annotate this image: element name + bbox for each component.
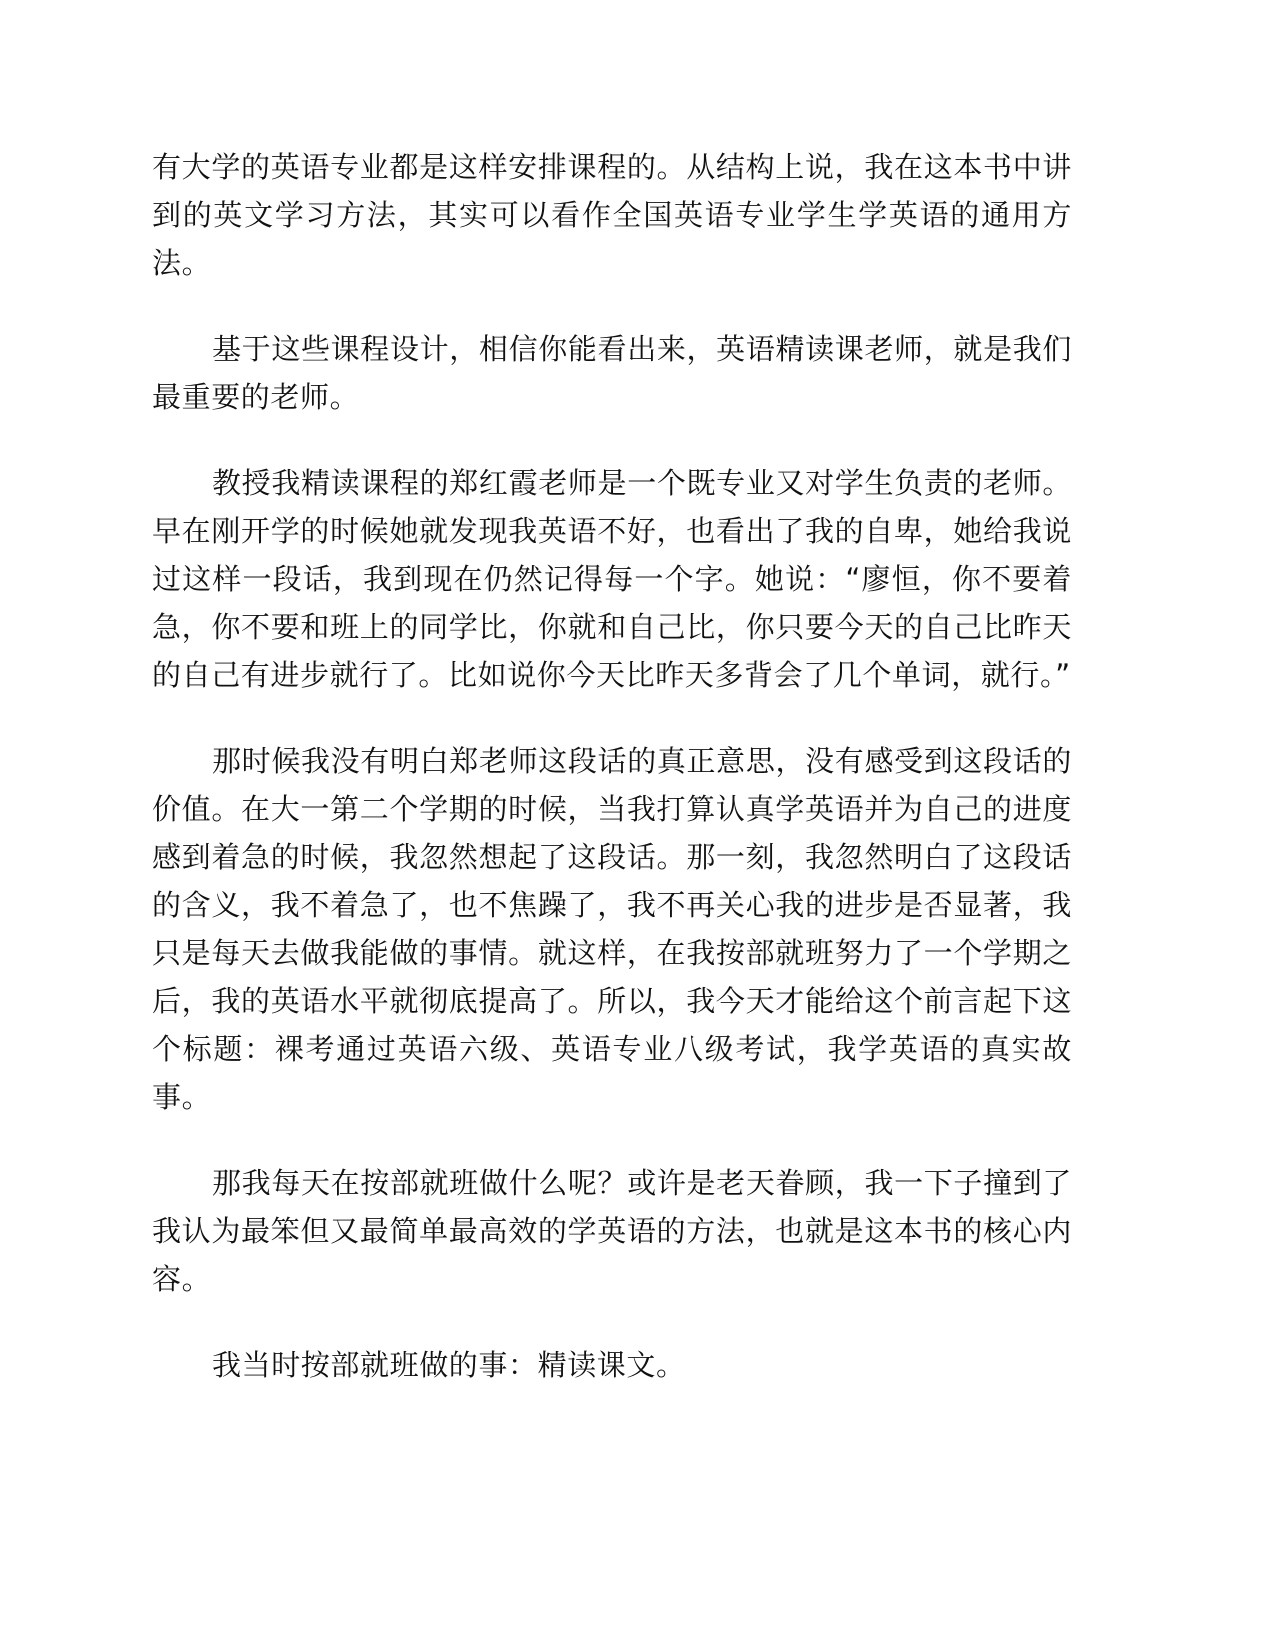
paragraph-1: 有大学的英语专业都是这样安排课程的。从结构上说，我在这本书中讲到的英文学习方法，… [152, 143, 1072, 287]
paragraph-6: 我当时按部就班做的事：精读课文。 [152, 1341, 1072, 1389]
paragraph-2: 基于这些课程设计，相信你能看出来，英语精读课老师，就是我们最重要的老师。 [152, 325, 1072, 421]
paragraph-3: 教授我精读课程的郑红霞老师是一个既专业又对学生负责的老师。早在刚开学的时候她就发… [152, 459, 1072, 699]
paragraph-5: 那我每天在按部就班做什么呢？或许是老天眷顾，我一下子撞到了我认为最笨但又最简单最… [152, 1159, 1072, 1303]
paragraph-4: 那时候我没有明白郑老师这段话的真正意思，没有感受到这段话的价值。在大一第二个学期… [152, 737, 1072, 1121]
document-page: 有大学的英语专业都是这样安排课程的。从结构上说，我在这本书中讲到的英文学习方法，… [152, 143, 1072, 1427]
